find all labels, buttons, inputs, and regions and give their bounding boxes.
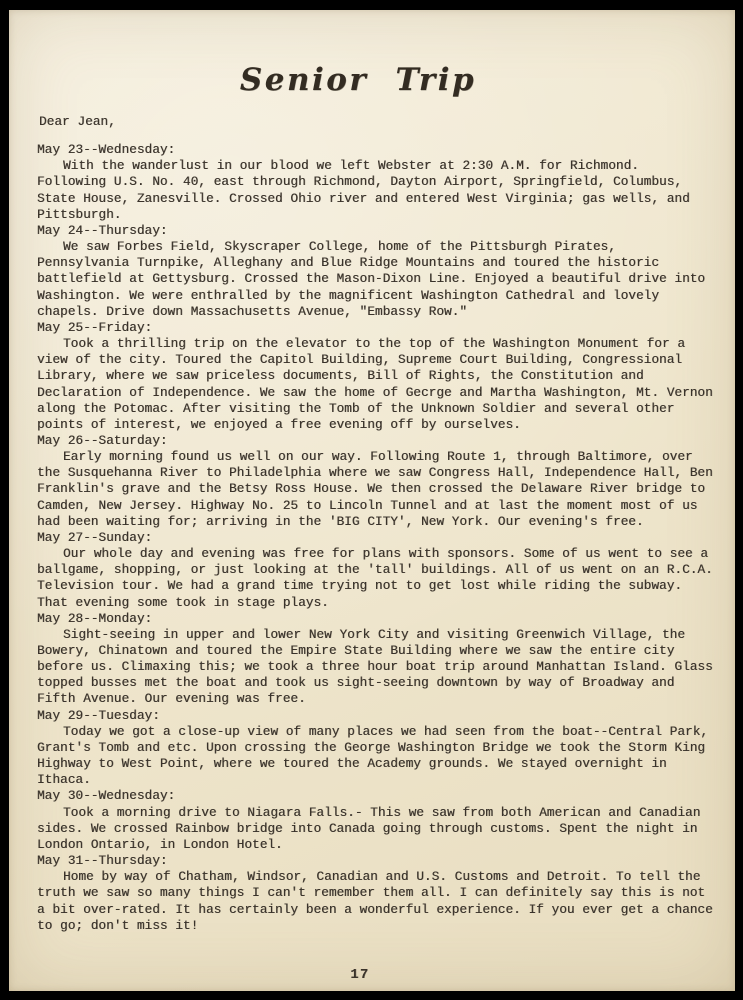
entry-date-heading: May 31--Thursday: [37,853,714,869]
entry-date-heading: May 24--Thursday: [37,223,714,239]
entry-body-text: Today we got a close-up view of many pla… [37,724,714,789]
entry-date-heading: May 25--Friday: [37,320,714,336]
entry-body-text: We saw Forbes Field, Skyscraper College,… [37,239,714,320]
entry-body-text: Took a morning drive to Niagara Falls.- … [37,805,714,853]
entry-body-text: Took a thrilling trip on the elevator to… [37,336,714,433]
trip-diary: May 23--Wednesday: With the wanderlust i… [37,142,714,934]
diary-entry: May 24--Thursday: We saw Forbes Field, S… [37,223,714,320]
diary-entry: May 27--Sunday: Our whole day and evenin… [37,530,714,611]
entry-date-heading: May 28--Monday: [37,611,714,627]
entry-date-heading: May 26--Saturday: [37,433,714,449]
diary-entry: May 25--Friday: Took a thrilling trip on… [37,320,714,433]
entry-date-heading: May 30--Wednesday: [37,788,714,804]
entry-body-text: With the wanderlust in our blood we left… [37,158,714,223]
entry-body-text: Our whole day and evening was free for p… [37,546,714,611]
salutation: Dear Jean, [39,114,714,130]
scanned-yearbook-page: Senior Trip Dear Jean, May 23--Wednesday… [9,10,735,991]
diary-entry: May 29--Tuesday: Today we got a close-up… [37,708,714,789]
page-title: Senior Trip [0,62,721,98]
diary-entry: May 28--Monday: Sight-seeing in upper an… [37,611,714,708]
entry-date-heading: May 23--Wednesday: [37,142,714,158]
entry-body-text: Sight-seeing in upper and lower New York… [37,627,714,708]
diary-entry: May 23--Wednesday: With the wanderlust i… [37,142,714,223]
diary-entry: May 30--Wednesday: Took a morning drive … [37,788,714,853]
entry-date-heading: May 29--Tuesday: [37,708,714,724]
diary-entry: May 26--Saturday: Early morning found us… [37,433,714,530]
page-number: 17 [0,968,723,983]
diary-entry: May 31--Thursday: Home by way of Chatham… [37,853,714,934]
entry-body-text: Home by way of Chatham, Windsor, Canadia… [37,869,714,934]
entry-body-text: Early morning found us well on our way. … [37,449,714,530]
entry-date-heading: May 27--Sunday: [37,530,714,546]
